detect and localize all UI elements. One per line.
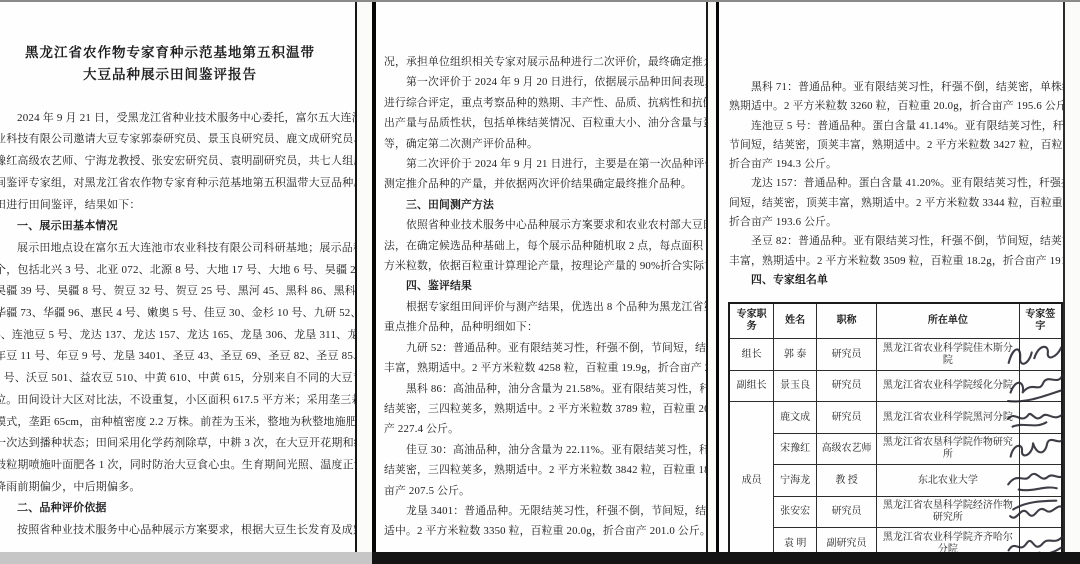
- expert-name-cell: 张安宏: [774, 496, 817, 528]
- report-line: 个，包括北兴 3 号、北亚 072、北源 8 号、大地 17 号、大地 6 号、…: [0, 260, 345, 282]
- page-1-text: 黑龙江省农作物专家育种示范基地第五积温带大豆品种展示田间鉴评报告2024 年 9…: [0, 2, 355, 542]
- report-line: 折合亩产 194.3 公斤。: [729, 155, 1057, 174]
- expert-signature-cell: [1019, 496, 1062, 528]
- expert-title-cell: 教 授: [817, 465, 877, 497]
- expert-table-row: 宋豫红高级农艺师黑龙江省农垦科学院作物研究所: [729, 433, 1062, 465]
- report-title-line: 黑龙江省农作物专家育种示范基地第五积温带: [0, 42, 345, 64]
- expert-org-cell: 黑龙江省农业科学院佳木斯分院: [877, 339, 1020, 371]
- expert-signature-cell: [1019, 339, 1062, 371]
- report-line: 熟期适中。2 平方米粒数 3260 粒，百粒重 20.0g，折合亩产 195.6…: [729, 97, 1057, 116]
- report-line: 华疆 73、华疆 96、惠民 4 号、嫩奥 5 号、佳豆 30、金杉 10 号、…: [0, 303, 345, 325]
- expert-table-row: 宁海龙教 授东北农业大学: [729, 465, 1062, 497]
- report-line: 降雨前期偏少，中后期偏多。: [0, 477, 345, 499]
- report-page-1: 黑龙江省农作物专家育种示范基地第五积温带大豆品种展示田间鉴评报告2024 年 9…: [0, 2, 357, 552]
- expert-table-header-cell: 专家签字: [1019, 303, 1062, 339]
- expert-org-cell: 黑龙江省农业科学院黑河分院: [877, 402, 1020, 434]
- report-line: 展示田地点设在富尔五大连池市农业科技有限公司科研基地；展示品种 40: [0, 238, 345, 260]
- report-line: 节间短，结荚密，顶荚丰富，熟期适中。2 平方米粒数 3427 粒，百粒重 18.…: [729, 136, 1057, 155]
- expert-table-header-cell: 专家职务: [729, 303, 774, 339]
- expert-org-cell: 黑龙江省农业科学院齐齐哈尔分院: [877, 528, 1020, 552]
- report-line: 6、连池豆 5 号、龙达 137、龙达 157、龙达 165、龙垦 306、龙垦…: [0, 325, 345, 347]
- expert-signature-cell: [1019, 465, 1062, 497]
- expert-table-header-cell: 所在单位: [877, 303, 1020, 339]
- expert-signature-cell: [1019, 402, 1062, 434]
- expert-title-cell: 副研究员: [817, 528, 877, 552]
- report-line: 第一次评价于 2024 年 9 月 20 日进行，依据展示品种田间表现，通过目测: [384, 72, 698, 92]
- expert-table-row: 张安宏研究员黑龙江省农垦科学院经济作物研究所: [729, 496, 1062, 528]
- report-line: 豫红高级农艺师、宁海龙教授、张安宏研究员、袁明副研究员，共七人组成田: [0, 151, 345, 173]
- page-2-text: 况，承担单位组织相关专家对展示品种进行二次评价，最终确定推介品种。第一次评价于 …: [376, 2, 706, 542]
- expert-table-row: 袁 明副研究员黑龙江省农业科学院齐齐哈尔分院: [729, 528, 1062, 552]
- expert-signature-cell: [1019, 370, 1062, 402]
- expert-org-cell: 黑龙江省农垦科学院作物研究所: [877, 433, 1020, 465]
- expert-signature-cell: [1019, 528, 1062, 552]
- report-line: 模式，垄距 65cm，亩种植密度 2.2 万株。前茬为玉米，整地为秋整地施肥起垄: [0, 412, 345, 434]
- expert-title-cell: 研究员: [817, 370, 877, 402]
- report-line: 间鉴评专家组，对黑龙江省农作物专家育种示范基地第五积温带大豆品种展示: [0, 173, 345, 195]
- report-line: [0, 86, 345, 108]
- scan-bottom-strip-left: [0, 552, 372, 564]
- report-line: 丰富，熟期适中。2 平方米粒数 4258 粒，百粒重 19.9g，折合亩产 25…: [384, 358, 698, 378]
- expert-name-cell: 景玉良: [774, 370, 817, 402]
- report-line: 亩产 207.5 公斤。: [384, 481, 698, 501]
- report-line: 间短，结荚密，顶荚丰富，熟期适中。2 平方米粒数 3344 粒，百粒重 19.3…: [729, 194, 1057, 213]
- expert-title-cell: 高级农艺师: [817, 433, 877, 465]
- report-line: 适中。2 平方米粒数 3350 粒，百粒重 20.0g，折合亩产 201.0 公…: [384, 521, 698, 541]
- report-line: 黑科 86：高油品种，油分含量为 21.58%。亚有限结荚习性，秆强，节间短，: [384, 379, 698, 399]
- expert-table-row: 组长郭 泰研究员黑龙江省农业科学院佳木斯分院: [729, 339, 1062, 371]
- section-heading: 四、专家组名单: [729, 271, 1057, 290]
- section-heading: 三、田间测产方法: [384, 195, 698, 215]
- report-line: 进行综合评定，重点考察品种的熟期、丰产性、品质、抗病性和抗倒伏性，突: [384, 93, 698, 113]
- report-line: 法，在确定候选品种基础上，每个展示品种随机取 2 点，每点面积 2 ㎡，查平: [384, 236, 698, 256]
- report-line: 圣豆 82：普通品种。亚有限结荚习性，秆强不倒，节间短，结荚密，顶荚: [729, 232, 1057, 251]
- report-line: 黑科 71：普通品种。亚有限结荚习性，秆强不倒，结荚密，单株结荚多，: [729, 78, 1057, 97]
- expert-role-cell: 副组长: [729, 370, 774, 402]
- report-line: 等，确定第二次测产评价品种。: [384, 134, 698, 154]
- report-line: 况，承担单位组织相关专家对展示品种进行二次评价，最终确定推介品种。: [384, 52, 698, 72]
- report-page-3: 黑科 71：普通品种。亚有限结荚习性，秆强不倒，结荚密，单株结荚多，熟期适中。2…: [716, 2, 1065, 552]
- expert-table-header-cell: 职称: [817, 303, 877, 339]
- expert-role-cell: 组长: [729, 339, 774, 371]
- section-heading: 四、鉴评结果: [384, 276, 698, 296]
- report-line: 鼓粒期喷施叶面肥各 1 次，同时防治大豆食心虫。生育期间光照、温度正常，: [0, 455, 345, 477]
- expert-table-header-cell: 姓名: [774, 303, 817, 339]
- report-line: 产 227.4 公斤。: [384, 419, 698, 439]
- expert-title-cell: 研究员: [817, 339, 877, 371]
- handwritten-signature: [1003, 401, 1065, 435]
- report-line: 昊疆 39 号、昊疆 8 号、贺豆 32 号、贺豆 25 号、黑河 45、黑科 …: [0, 281, 345, 303]
- report-line: 根据专家组田间评价与测产结果，优选出 8 个品种为黑龙江省第五积温带: [384, 297, 698, 317]
- expert-name-cell: 宋豫红: [774, 433, 817, 465]
- report-line: 位。田间设计大区对比法，不设重复，小区面积 617.5 平方米；采用垄三栽培: [0, 390, 345, 412]
- report-line: 测定推介品种的产量，并依据两次评价结果确定最终推介品种。: [384, 174, 698, 194]
- report-line: 出产量与品质性状，包括单株结荚情况、百粒重大小、油分含量与蛋白质含量: [384, 113, 698, 133]
- report-line: 结荚密，三四粒荚多，熟期适中。2 平方米粒数 3789 粒，百粒重 20g，折合…: [384, 399, 698, 419]
- scanned-report-canvas: 黑龙江省农作物专家育种示范基地第五积温带大豆品种展示田间鉴评报告2024 年 9…: [0, 0, 1080, 564]
- expert-name-cell: 郭 泰: [774, 339, 817, 371]
- report-line: 依照省种业技术服务中心品种展示方案要求和农业农村部大豆田间测产方: [384, 215, 698, 235]
- expert-table-header-row: 专家职务姓名职称所在单位专家签字: [729, 303, 1062, 339]
- scan-bottom-strip-right: [372, 552, 1080, 564]
- report-line: 2024 年 9 月 21 日，受黑龙江省种业技术服务中心委托，富尔五大连池市农: [0, 108, 345, 130]
- expert-name-cell: 袁 明: [774, 528, 817, 552]
- expert-table: 专家职务姓名职称所在单位专家签字 组长郭 泰研究员黑龙江省农业科学院佳木斯分院 …: [728, 302, 1063, 552]
- section-heading: 一、展示田基本情况: [0, 216, 345, 238]
- expert-name-cell: 鹿文成: [774, 402, 817, 434]
- expert-table-row: 成员鹿文成研究员黑龙江省农业科学院黑河分院: [729, 402, 1062, 434]
- report-line: 折合亩产 193.6 公斤。: [729, 213, 1057, 232]
- report-line: 连池豆 5 号：普通品种。蛋白含量 41.14%。亚有限结荚习性，秆强不倒，: [729, 117, 1057, 136]
- report-line: 丰富，熟期适中。2 平方米粒数 3509 粒，百粒重 18.2g，折合亩产 19…: [729, 252, 1057, 271]
- report-line: 重点推介品种，品种明细如下：: [384, 317, 698, 337]
- report-title-line: 大豆品种展示田间鉴评报告: [0, 64, 345, 86]
- report-line: 一次达到播种状态；田间采用化学药剂除草，中耕 3 次，在大豆开花期和结荚: [0, 433, 345, 455]
- report-line: 年豆 11 号、年豆 9 号、龙垦 3401、圣豆 43、圣豆 69、圣豆 82…: [0, 346, 345, 368]
- expert-table-row: 副组长景玉良研究员黑龙江省农业科学院绥化分院: [729, 370, 1062, 402]
- report-line: 九研 52：普通品种。亚有限结荚习性，秆强不倒，节间短，结荚密，顶荚: [384, 338, 698, 358]
- report-line: 第二次评价于 2024 年 9 月 21 日进行，主要是在第一次品种评价的基础上…: [384, 154, 698, 174]
- expert-role-cell: 成员: [729, 402, 774, 552]
- expert-org-cell: 黑龙江省农垦科学院经济作物研究所: [877, 496, 1020, 528]
- expert-org-cell: 东北农业大学: [877, 465, 1020, 497]
- report-line: 方米粒数，依据百粒重计算理论产量，按理论产量的 90%折合实际亩产量。: [384, 256, 698, 276]
- expert-org-cell: 黑龙江省农业科学院绥化分院: [877, 370, 1020, 402]
- expert-title-cell: 研究员: [817, 496, 877, 528]
- report-line: 田进行田间鉴评，结果如下：: [0, 195, 345, 217]
- report-line: 佳豆 30：高油品种，油分含量为 22.11%。亚有限结荚习性，秆强，节间短，: [384, 440, 698, 460]
- expert-title-cell: 研究员: [817, 402, 877, 434]
- report-line: 龙达 157：普通品种。蛋白含量 41.20%。亚有限结荚习性，秆强抗倒，节: [729, 174, 1057, 193]
- expert-name-cell: 宁海龙: [774, 465, 817, 497]
- page-3-text: 黑科 71：普通品种。亚有限结荚习性，秆强不倒，结荚密，单株结荚多，熟期适中。2…: [719, 2, 1063, 290]
- report-line: 2 号、沃豆 501、益农豆 510、中黄 610、中黄 615，分别来自不同的…: [0, 368, 345, 390]
- report-line: 业科技有限公司邀请大豆专家郭泰研究员、景玉良研究员、鹿文成研究员、宋: [0, 129, 345, 151]
- report-line: 结荚密，三四粒荚多，熟期适中。2 平方米粒数 3842 粒，百粒重 18.0g，…: [384, 460, 698, 480]
- report-page-2: 况，承担单位组织相关专家对展示品种进行二次评价，最终确定推介品种。第一次评价于 …: [372, 2, 708, 552]
- expert-signature-cell: [1019, 433, 1062, 465]
- report-line: 龙垦 3401：普通品种。无限结荚习性，秆强不倒，节间短，结荚密，熟期: [384, 501, 698, 521]
- report-line: 按照省种业技术服务中心品种展示方案要求，根据大豆生长发育及成熟情: [0, 520, 345, 542]
- section-heading: 二、品种评价依据: [0, 498, 345, 520]
